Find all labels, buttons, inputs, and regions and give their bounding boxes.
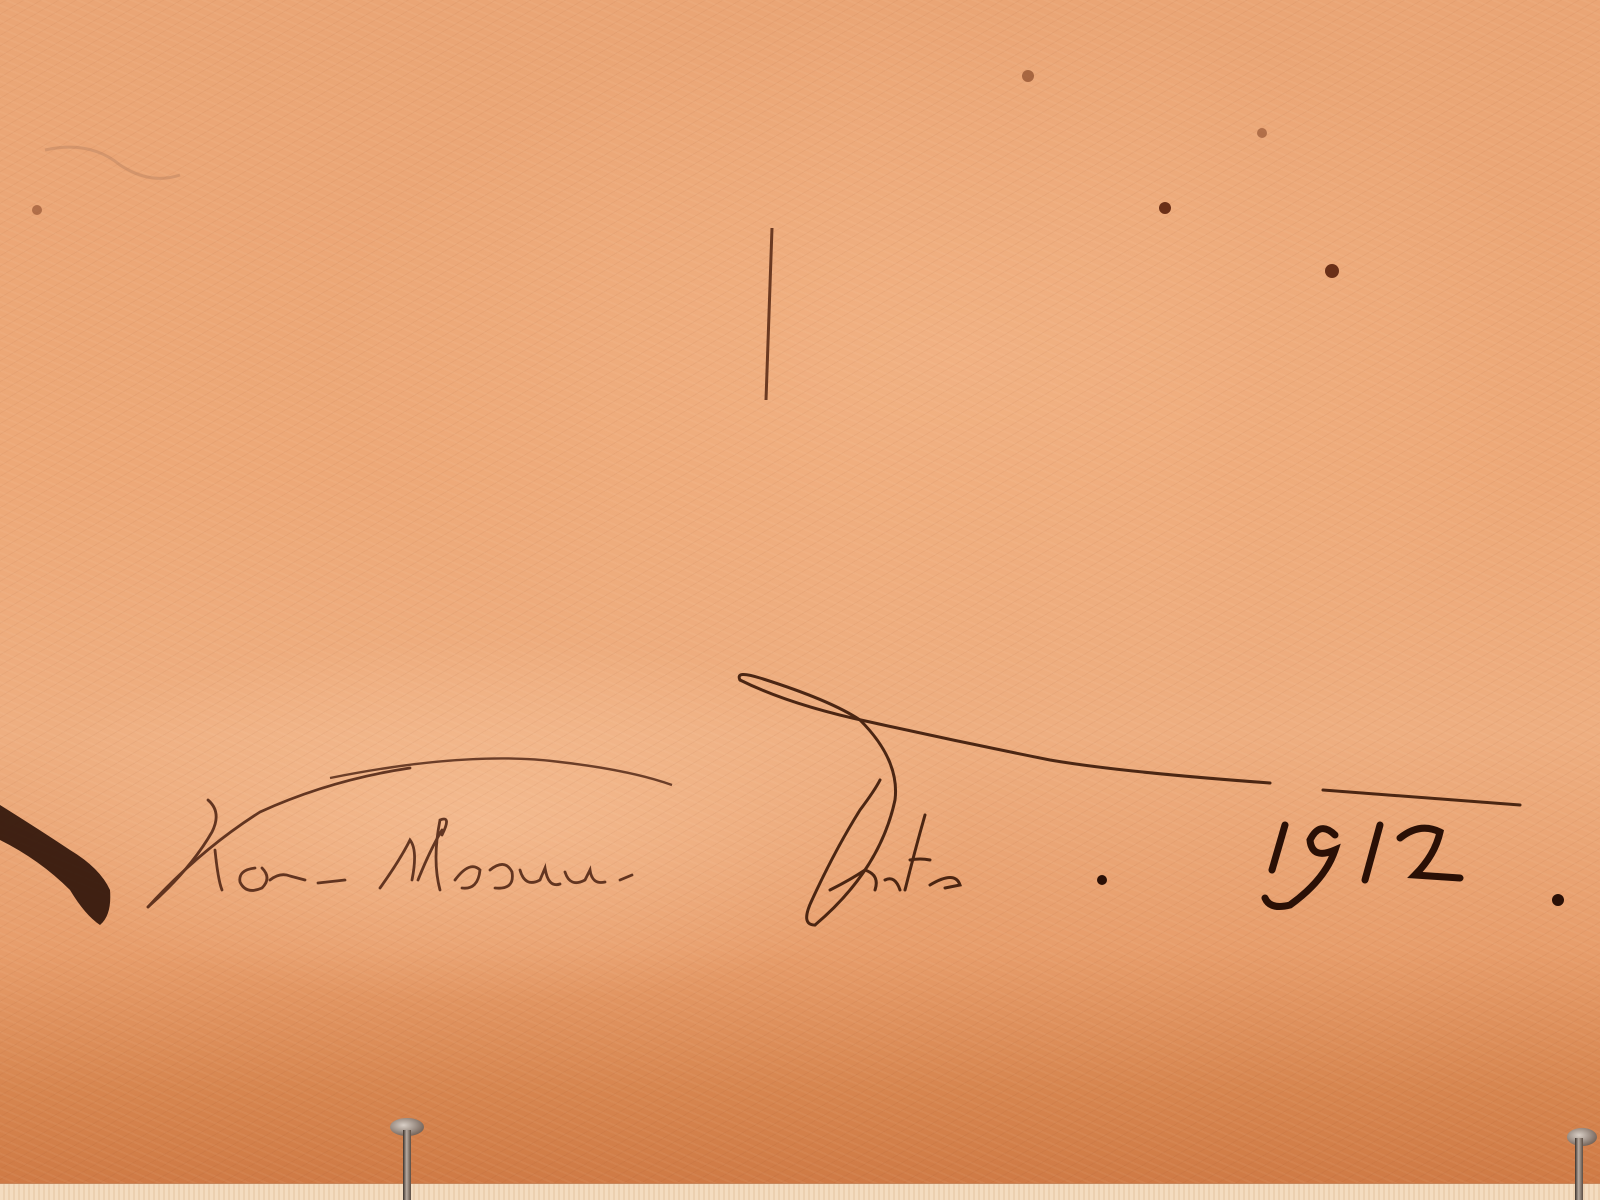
ink-speck: [1257, 128, 1267, 138]
ink-speck: [1159, 202, 1171, 214]
signature-vor: [148, 768, 410, 907]
signature-period: [1097, 875, 1107, 885]
nail-shaft: [1575, 1138, 1583, 1200]
dark-charcoal-stroke: [0, 805, 110, 925]
ink-speck: [1325, 264, 1339, 278]
date-period: [1552, 894, 1564, 906]
faint-pencil-mark: [45, 147, 180, 178]
signature-fritz: [739, 674, 1520, 925]
ink-speck: [1022, 70, 1034, 82]
handwriting-layer: [0, 0, 1600, 1200]
date-1912: [1265, 825, 1460, 906]
nail-shaft: [403, 1130, 411, 1200]
mat-board-strip: [0, 1183, 1600, 1200]
stain-spot: [32, 205, 42, 215]
vertical-pencil-line: [766, 228, 772, 400]
signature-albaum: [380, 819, 632, 890]
